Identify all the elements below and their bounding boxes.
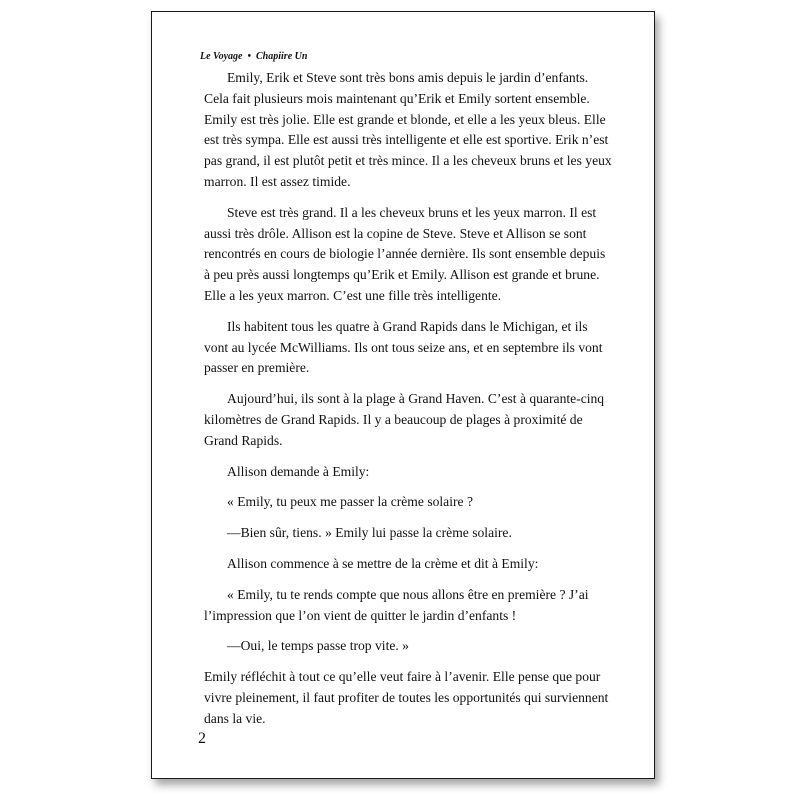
page-number: 2 [198,730,206,748]
paragraph: « Emily, tu te rends compte que nous all… [204,585,614,627]
paragraph: —Oui, le temps passe trop vite. » [204,636,614,657]
paragraph: Emily réfléchit à tout ce qu’elle veut f… [204,667,614,729]
paragraph: Ils habitent tous les quatre à Grand Rap… [204,317,614,379]
paragraph: Aujourd’hui, ils sont à la plage à Grand… [204,389,614,451]
paragraph: Emily, Erik et Steve sont très bons amis… [204,68,614,193]
paragraph: Allison commence à se mettre de la crème… [204,554,614,575]
separator-bullet: • [248,51,252,62]
book-page: Le Voyage•Chapiire Un Emily, Erik et Ste… [151,11,655,779]
paragraph: —Bien sûr, tiens. » Emily lui passe la c… [204,523,614,544]
body-text: Emily, Erik et Steve sont très bons amis… [204,68,614,730]
book-title: Le Voyage [200,51,243,62]
paragraph: Allison demande à Emily: [204,462,614,483]
chapter-title: Chapiire Un [256,51,307,62]
running-head: Le Voyage•Chapiire Un [200,51,307,62]
paragraph: Steve est très grand. Il a les cheveux b… [204,203,614,307]
paragraph: « Emily, tu peux me passer la crème sola… [204,492,614,513]
